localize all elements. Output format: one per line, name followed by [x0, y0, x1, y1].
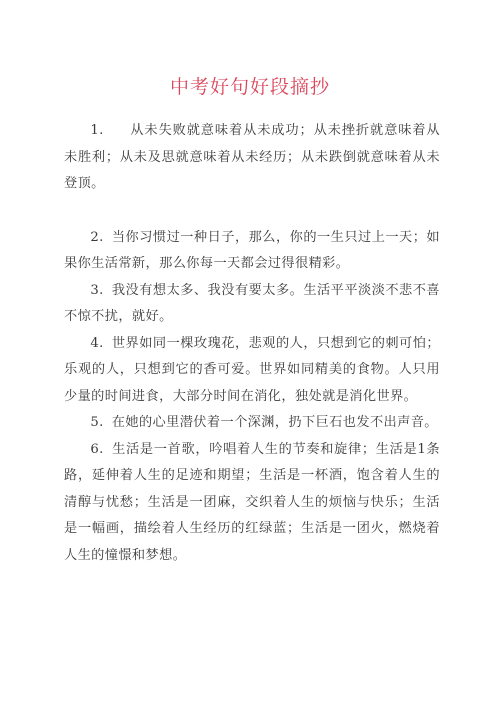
paragraph-text: 生活是一首歌，吟唱着人生的节奏和旋律；生活是1条路，延伸着人生的足迹和期望；生活…	[64, 442, 440, 563]
paragraph-3: 3.我没有想太多、我没有要太多。生活平平淡淡不悲不喜不惊不扰，就好。	[64, 278, 440, 331]
paragraph-4: 4.世界如同一棵玫瑰花，悲观的人，只想到它的刺可怕；乐观的人，只想到它的香可爱。…	[64, 331, 440, 411]
paragraph-number: 5.	[90, 415, 103, 430]
paragraph-text: 从未失败就意味着从未成功；从未挫折就意味着从未胜利；从未及思就意味着从未经历；从…	[64, 123, 440, 191]
paragraph-number: 2.	[90, 230, 103, 245]
paragraph-5: 5.在她的心里潜伏着一个深渊，扔下巨石也发不出声音。	[64, 410, 440, 437]
paragraph-6: 6.生活是一首歌，吟唱着人生的节奏和旋律；生活是1条路，延伸着人生的足迹和期望；…	[64, 437, 440, 570]
document-body: 1.从未失败就意味着从未成功；从未挫折就意味着从未胜利；从未及思就意味着从未经历…	[64, 118, 440, 569]
paragraph-text: 当你习惯过一种日子，那么，你的一生只过上一天；如果你生活常新，那么你每一天都会过…	[64, 230, 440, 272]
paragraph-text: 在她的心里潜伏着一个深渊，扔下巨石也发不出声音。	[112, 415, 438, 430]
paragraph-2: 2.当你习惯过一种日子，那么，你的一生只过上一天；如果你生活常新，那么你每一天都…	[64, 225, 440, 278]
paragraph-text: 世界如同一棵玫瑰花，悲观的人，只想到它的刺可怕；乐观的人，只想到它的香可爱。世界…	[64, 336, 440, 404]
document-title: 中考好句好段摘抄	[0, 72, 500, 99]
paragraph-1: 1.从未失败就意味着从未成功；从未挫折就意味着从未胜利；从未及思就意味着从未经历…	[64, 118, 440, 198]
paragraph-text: 我没有想太多、我没有要太多。生活平平淡淡不悲不喜不惊不扰，就好。	[64, 283, 440, 325]
document-page: 中考好句好段摘抄 1.从未失败就意味着从未成功；从未挫折就意味着从未胜利；从未及…	[0, 0, 500, 706]
paragraph-number: 1.	[90, 123, 103, 138]
paragraph-number: 6.	[90, 442, 103, 457]
paragraph-number: 4.	[90, 336, 103, 351]
paragraph-number: 3.	[90, 283, 103, 298]
